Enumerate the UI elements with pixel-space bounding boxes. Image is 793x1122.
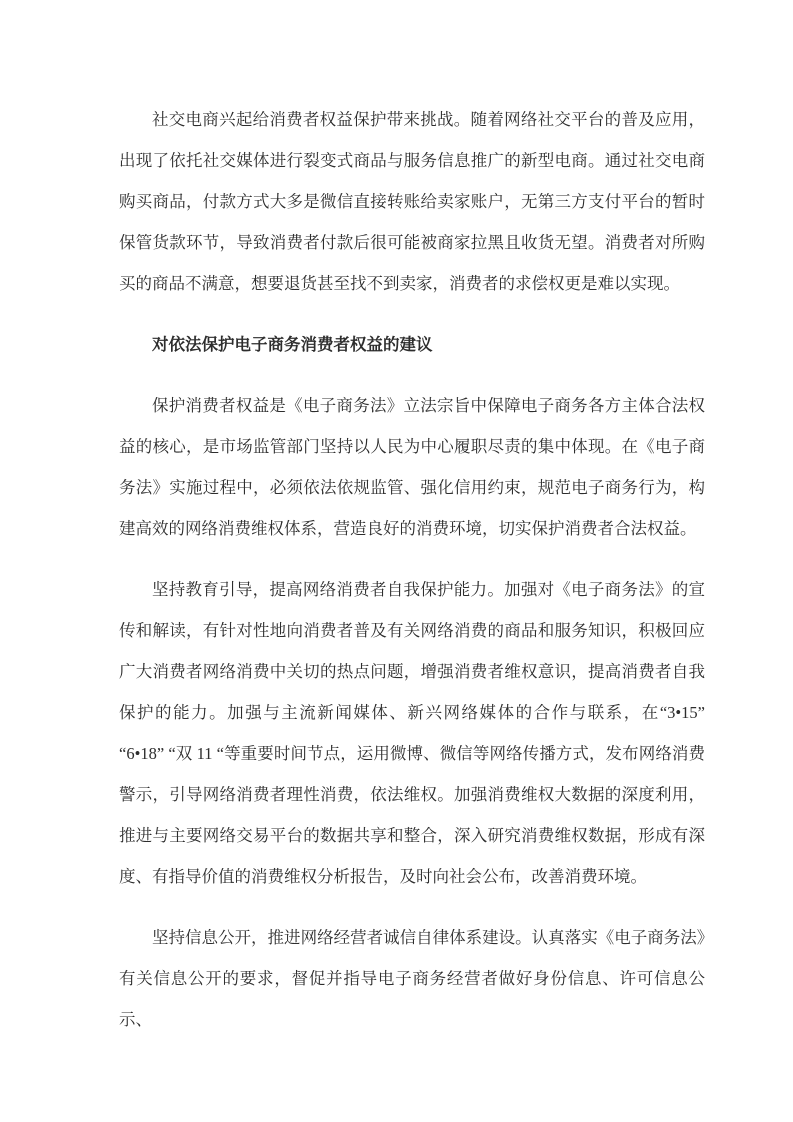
paragraph-information-disclosure: 坚持信息公开，推进网络经营者诚信自律体系建设。认真落实《电子商务法》有关信息公开… — [119, 917, 705, 1040]
paragraph-social-ecommerce-challenge: 社交电商兴起给消费者权益保护带来挑战。随着网络社交平台的普及应用，出现了依托社交… — [119, 99, 705, 304]
paragraph-education-guidance: 坚持教育引导，提高网络消费者自我保护能力。加强对《电子商务法》的宣传和解读，有针… — [119, 569, 705, 897]
document-content: 社交电商兴起给消费者权益保护带来挑战。随着网络社交平台的普及应用，出现了依托社交… — [119, 99, 705, 1060]
document-page: 社交电商兴起给消费者权益保护带来挑战。随着网络社交平台的普及应用，出现了依托社交… — [0, 0, 793, 1122]
paragraph-consumer-rights-core: 保护消费者权益是《电子商务法》立法宗旨中保障电子商务各方主体合法权益的核心，是市… — [119, 385, 705, 549]
section-heading: 对依法保护电子商务消费者权益的建议 — [119, 324, 705, 365]
